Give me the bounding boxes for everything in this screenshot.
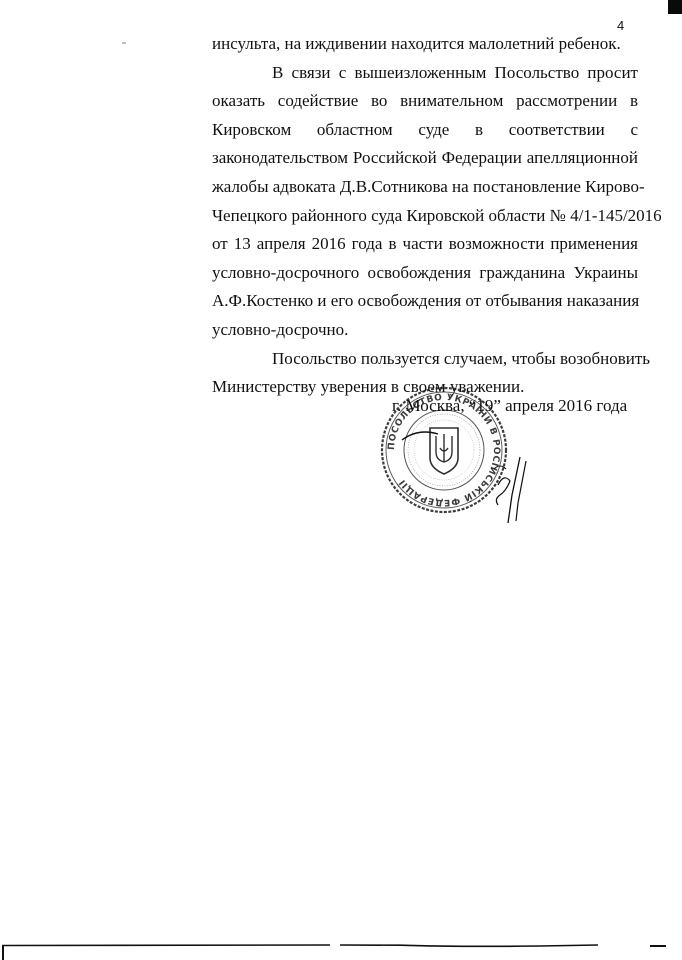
text-line: Кировском областном суде в соответствии … <box>212 116 638 145</box>
document-page: 4 инсульта, на иждивении находится малол… <box>0 0 682 960</box>
scan-bottom-edge <box>0 944 600 946</box>
letter-body: инсульта, на иждивении находится малолет… <box>212 30 638 402</box>
text-line: оказать содействие во внимательном рассм… <box>212 87 638 116</box>
text-line: законодательством Российской Федерации а… <box>212 144 638 173</box>
scan-edge-mark <box>650 945 666 947</box>
handwritten-signature <box>490 455 530 525</box>
text-line: Посольство пользуется случаем, чтобы воз… <box>212 345 638 374</box>
place-and-date: г. Москва, “19” апреля 2016 года <box>392 396 627 416</box>
trident-emblem-icon <box>430 428 458 474</box>
text-line: А.Ф.Костенко и его освобождения от отбыв… <box>212 287 638 316</box>
text-line: условно-досрочного освобождения граждани… <box>212 259 638 288</box>
text-line: инсульта, на иждивении находится малолет… <box>212 30 638 59</box>
signature-icon <box>490 455 530 525</box>
text-line: условно-досрочно. <box>212 316 638 345</box>
scan-corner-mark <box>668 0 682 14</box>
text-line: В связи с вышеизложенным Посольство прос… <box>212 59 638 88</box>
text-line: Чепецкого районного суда Кировской облас… <box>212 202 638 231</box>
text-line: жалобы адвоката Д.В.Сотникова на постано… <box>212 173 638 202</box>
text-line: от 13 апреля 2016 года в части возможнос… <box>212 230 638 259</box>
scan-speck <box>122 42 126 44</box>
